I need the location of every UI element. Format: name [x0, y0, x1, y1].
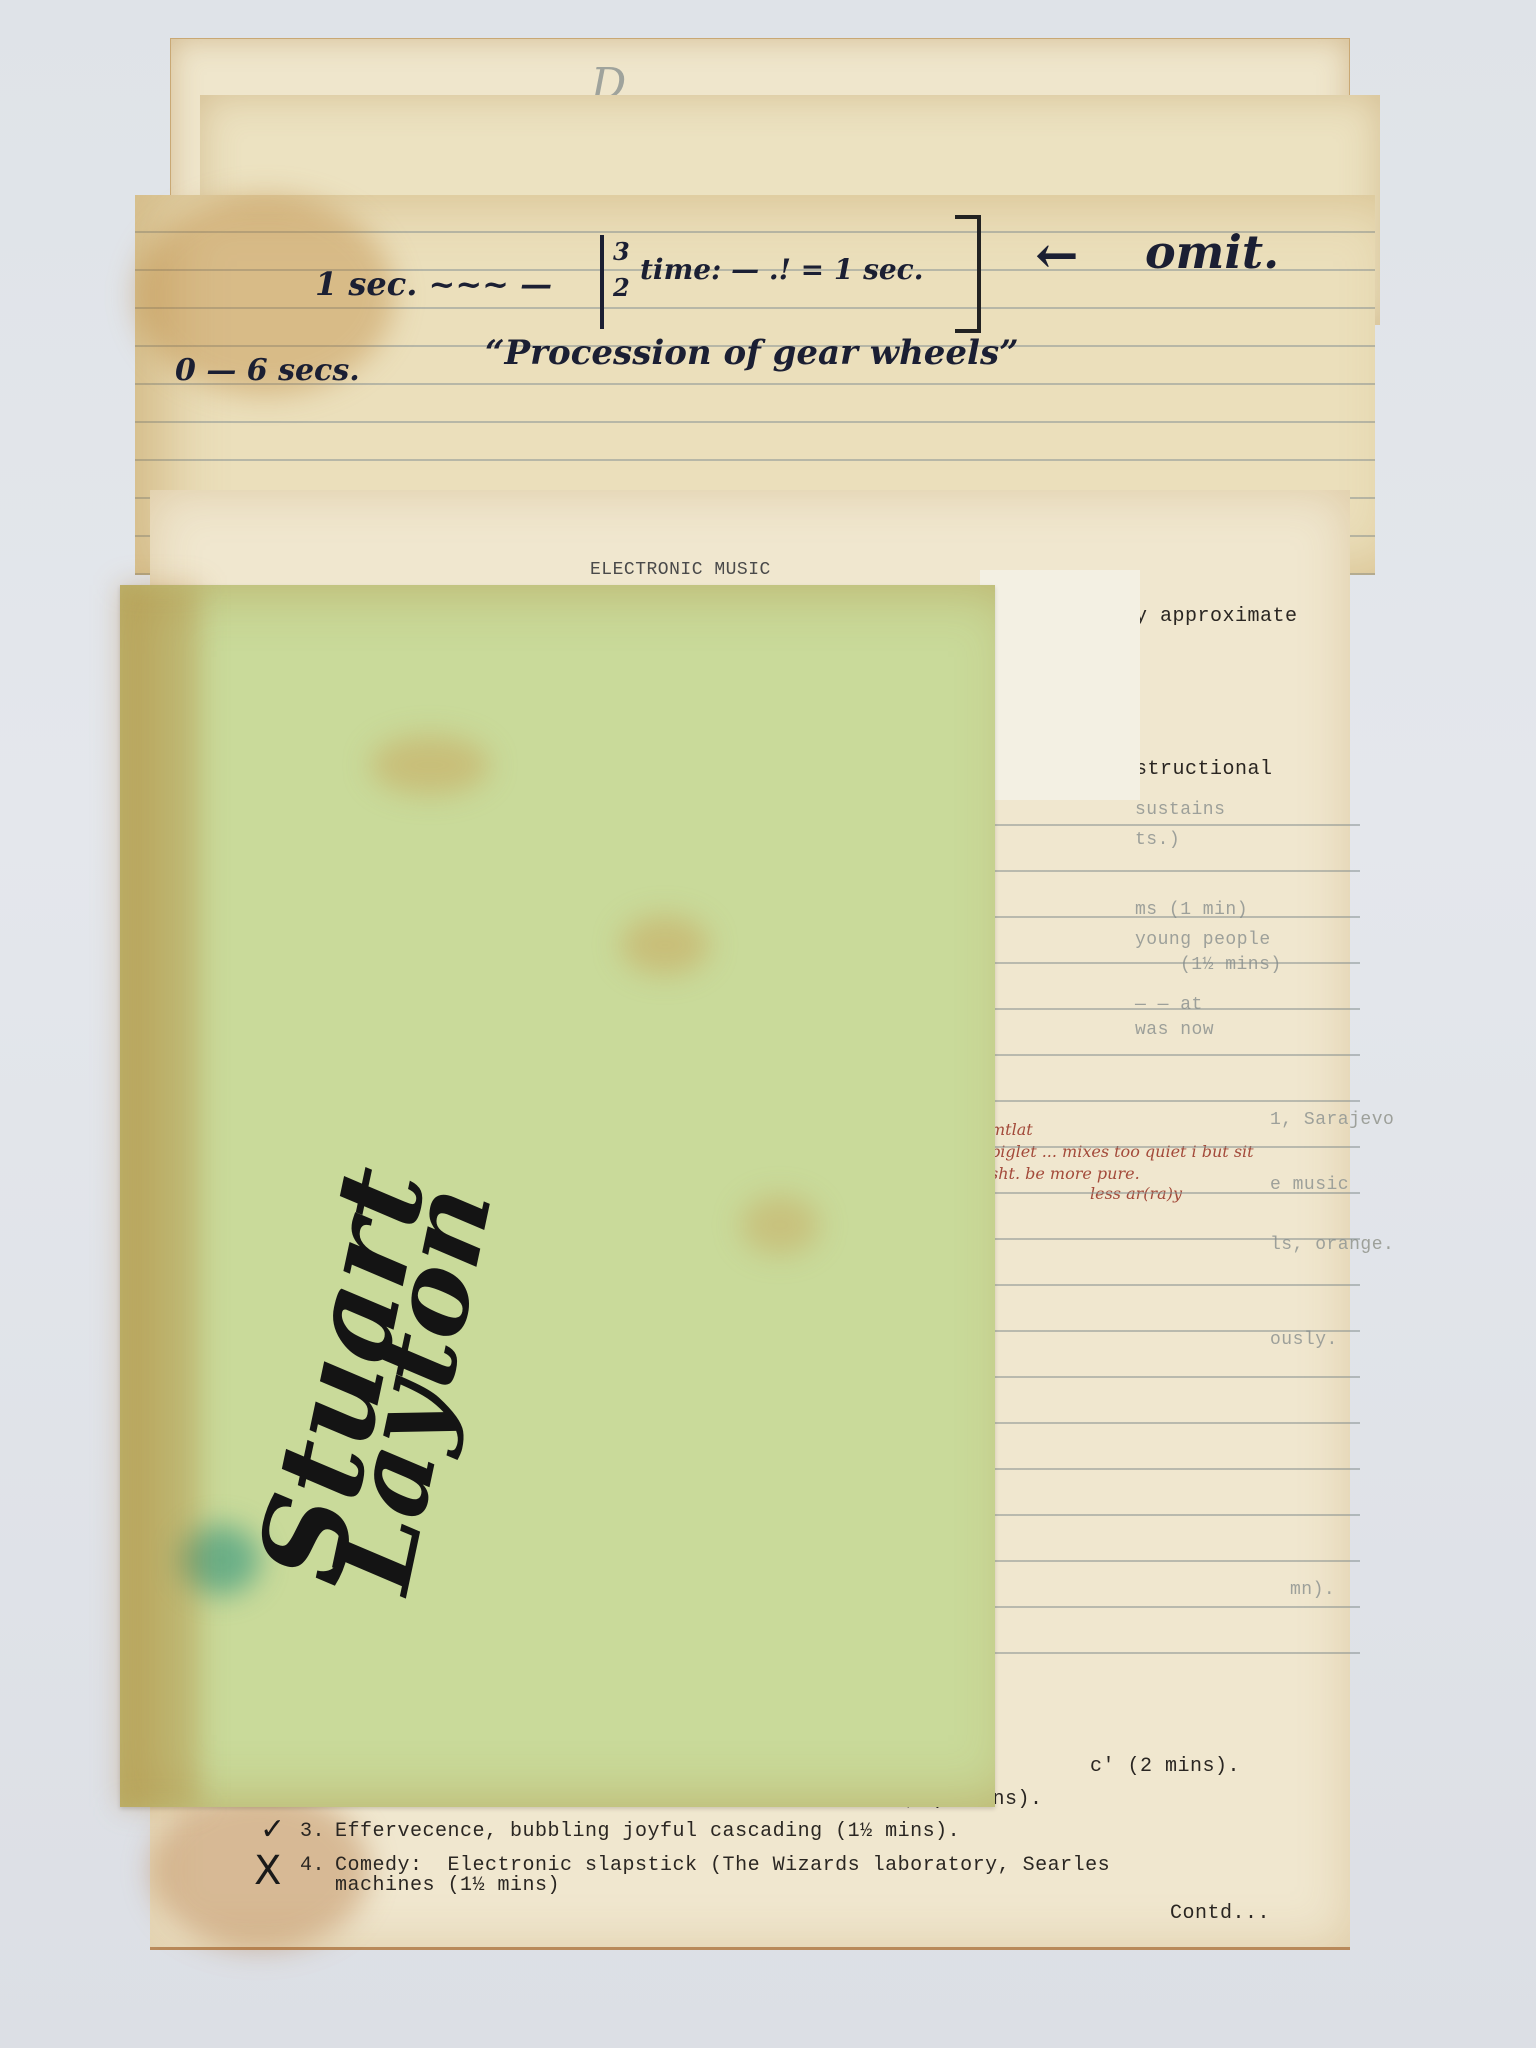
fraction-numerator: 3	[613, 237, 630, 266]
document-title: ELECTRONIC MUSIC	[590, 560, 771, 580]
note-zero-six-secs: 0 — 6 secs.	[175, 353, 360, 388]
item-1-text: c' (2 mins).	[1090, 1755, 1240, 1778]
item-4-number: 4.	[300, 1854, 325, 1877]
fragment-approximate: y approximate	[1135, 605, 1298, 628]
arrow-left-icon: ←	[1035, 225, 1079, 286]
item-3-number: 3.	[300, 1820, 325, 1843]
white-slip	[980, 570, 1140, 800]
item-3-text: Effervecence, bubbling joyful cascading …	[335, 1820, 960, 1843]
cross-mark-icon: X	[254, 1848, 281, 1894]
checkmark-icon: ✓	[260, 1812, 285, 1847]
ruled-underlay	[960, 780, 1360, 1680]
fragment-structional: structional	[1135, 758, 1273, 781]
bracket-right	[955, 215, 981, 333]
contd-label: Contd...	[1170, 1902, 1270, 1925]
item-4-continuation: machines (1½ mins)	[335, 1874, 560, 1897]
signature-card: Stuart Layton	[120, 585, 995, 1807]
bracket-left	[600, 235, 604, 329]
note-procession-gear-wheels: “Procession of gear wheels”	[485, 333, 1019, 373]
note-omit: omit.	[1145, 225, 1279, 279]
fraction-denominator: 2	[613, 273, 630, 302]
note-one-second: 1 sec. ~~~ —	[315, 265, 552, 303]
note-time-definition: time: — .! = 1 sec.	[640, 253, 923, 286]
